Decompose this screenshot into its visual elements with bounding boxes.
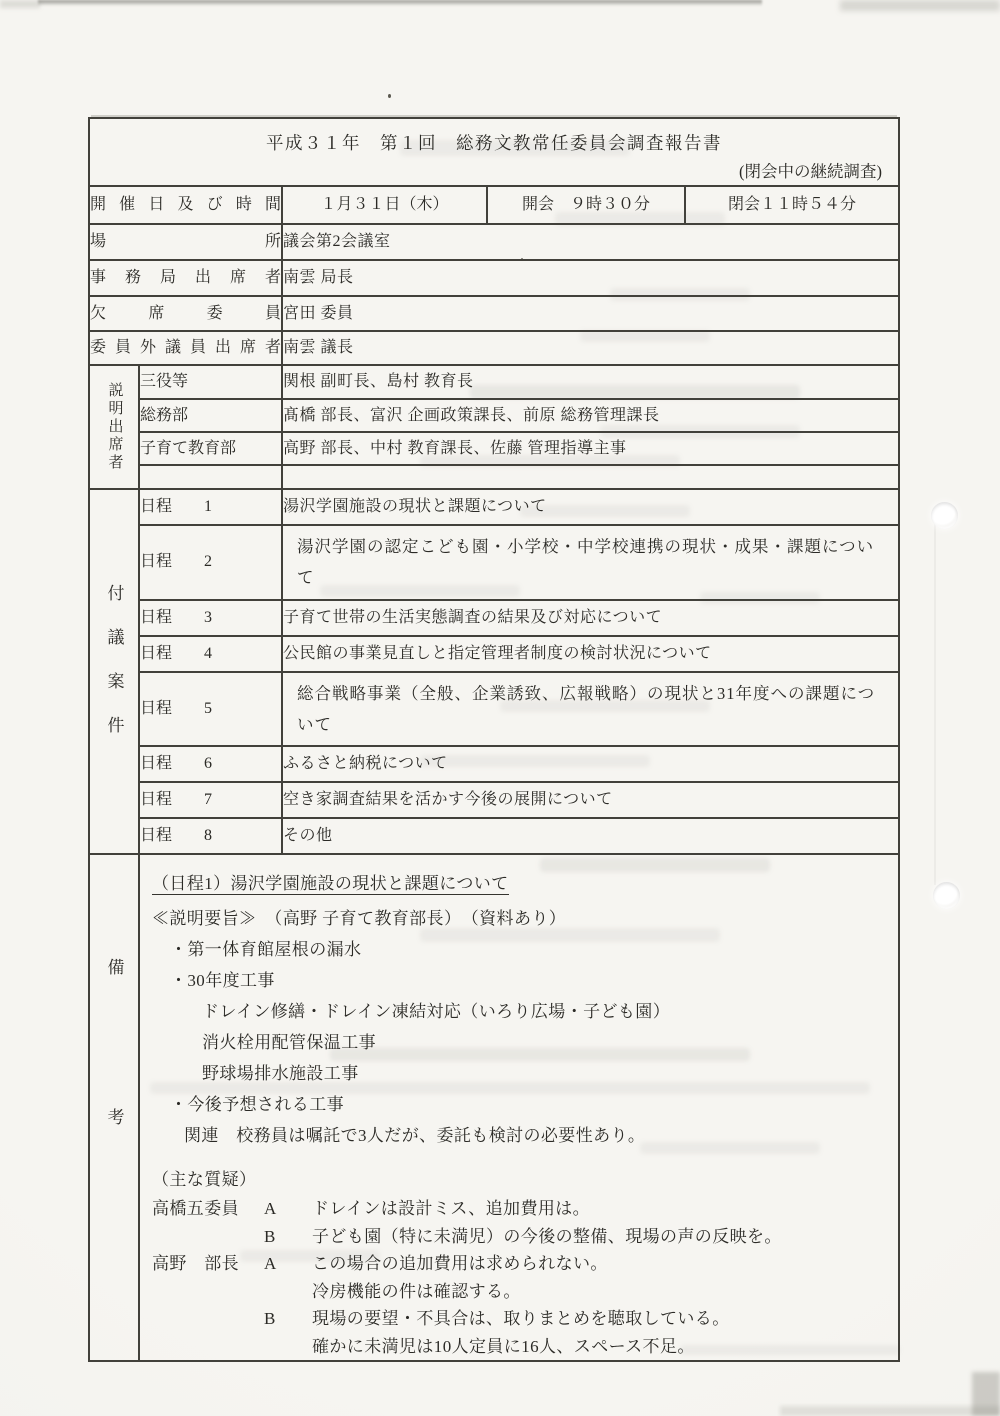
schedule-date: １月３１日（木） (282, 186, 487, 224)
agenda-item-text: 湯沢学園施設の現状と課題について (282, 489, 899, 525)
absent-label: 欠席委員 (89, 296, 282, 331)
agenda-item-label: 日程 6 (139, 746, 282, 782)
place-label: 場所 (89, 224, 282, 260)
agenda-item-text: 子育て世帯の生活実態調査の結果及び対応について (282, 600, 899, 636)
qa-text: 冷房機能の件は確認する。 (312, 1278, 888, 1306)
explainer-group-label: 総務部 (139, 399, 282, 432)
qa-letter: A (256, 1195, 312, 1223)
agenda-item-text: その他 (282, 818, 899, 854)
secretariat-label: 事務局出席者 (89, 260, 282, 296)
explainer-names (282, 465, 899, 489)
explainer-row (89, 465, 899, 489)
qa-text: 現場の要望・不具合は、取りまとめを聴取している。 (312, 1305, 888, 1333)
spacer (152, 1151, 888, 1164)
qa-speaker (152, 1305, 256, 1333)
explainer-row: 子育て教育部 高野 部長、中村 教育課長、佐藤 管理指導主事 (89, 432, 899, 465)
agenda-item-text: 空き家調査結果を活かす今後の展開について (282, 782, 899, 818)
notes-bullet: ドレイン修繕・ドレイン凍結対応（いろり広場・子ども園） (152, 996, 888, 1027)
notes-summary-label: ≪説明要旨≫ （高野 子育て教育部長） （資料あり） (152, 903, 888, 934)
non-member-label: 委員外議員出席者 (89, 331, 282, 365)
paper-crease (934, 515, 936, 885)
explainer-group-label: 三役等 (139, 365, 282, 399)
notes-bullet: 関連 校務員は嘱託で3人だが、委託も検討の必要性あり。 (152, 1120, 888, 1151)
punch-hole (931, 502, 958, 529)
agenda-item-text: 公民館の事業見直しと指定管理者制度の検討状況について (282, 636, 899, 672)
report-table: 平成３１年 第１回 総務文教常任委員会調査報告書 (閉会中の継続調査) 開催日及… (88, 117, 900, 1362)
qa-speaker (152, 1278, 256, 1306)
qa-letter (256, 1278, 312, 1306)
qa-text: この場合の追加費用は求められない。 (312, 1250, 888, 1278)
agenda-item-label: 日程 7 (139, 782, 282, 818)
qa-letter: B (256, 1223, 312, 1251)
agenda-item-label: 日程 3 (139, 600, 282, 636)
agenda-row: 日程 2 湯沢学園の認定こども園・小学校・中学校連携の現状・成果・課題について (89, 525, 899, 600)
agenda-row: 日程 3 子育て世帯の生活実態調査の結果及び対応について (89, 600, 899, 636)
qa-line: 冷房機能の件は確認する。 (152, 1278, 888, 1306)
qa-speaker (152, 1223, 256, 1251)
punch-hole (933, 882, 960, 909)
qa-line: 確かに未満児は10人定員に16人、スペース不足。 (152, 1333, 888, 1361)
qa-text: 子ども園（特に未満児）の今後の整備、現場の声の反映を。 (312, 1223, 888, 1251)
schedule-label: 開催日及び時間 (89, 186, 282, 224)
dust-speck (388, 94, 391, 98)
scanned-document-page: 平成３１年 第１回 総務文教常任委員会調査報告書 (閉会中の継続調査) 開催日及… (0, 0, 1000, 1416)
explainer-group-label: 子育て教育部 (139, 432, 282, 465)
scan-edge-shadow (0, 0, 40, 8)
scan-corner-shadow (972, 1372, 1000, 1416)
agenda-row: 日程 8 その他 (89, 818, 899, 854)
schedule-close-time: 閉会１１時５４分 (685, 186, 899, 224)
notes-content: （日程1）湯沢学園施設の現状と課題について ≪説明要旨≫ （高野 子育て教育部長… (140, 855, 898, 1360)
qa-letter: A (256, 1250, 312, 1278)
qa-text: 確かに未満児は10人定員に16人、スペース不足。 (312, 1333, 888, 1361)
explainer-names: 関根 副町長、島村 教育長 (282, 365, 899, 399)
non-member-value: 南雲 議長 (282, 331, 899, 365)
agenda-row: 日程 5 総合戦略事業（全般、企業誘致、広報戦略）の現状と31年度への課題につい… (89, 672, 899, 747)
schedule-open-time: 開会 ９時３０分 (487, 186, 685, 224)
place-row: 場所 議会第2会議室 (89, 224, 899, 260)
qa-line: 高野 部長Aこの場合の追加費用は求められない。 (152, 1250, 888, 1278)
report-subtitle: (閉会中の継続調査) (90, 162, 898, 183)
secretariat-value: 南雲 局長 (282, 260, 899, 296)
qa-speaker: 高橋五委員 (152, 1195, 256, 1223)
qa-letter (256, 1333, 312, 1361)
qa-line: B現場の要望・不具合は、取りまとめを聴取している。 (152, 1305, 888, 1333)
notes-bullet: ・30年度工事 (152, 965, 888, 996)
notes-row: 備考 （日程1）湯沢学園施設の現状と課題について ≪説明要旨≫ （高野 子育て教… (89, 854, 899, 1361)
notes-bullet: 消火栓用配管保温工事 (152, 1027, 888, 1058)
agenda-row: 付議案件 日程 1 湯沢学園施設の現状と課題について (89, 489, 899, 525)
scan-edge-shadow (840, 0, 1000, 11)
report-title: 平成３１年 第１回 総務文教常任委員会調査報告書 (90, 133, 898, 155)
scan-edge-shadow (38, 0, 762, 6)
secretariat-row: 事務局出席者 南雲 局長 (89, 260, 899, 296)
qa-section-title: （主な質疑） (152, 1164, 888, 1195)
notes-bullet: ・今後予想される工事 (152, 1089, 888, 1120)
notes-header: 備考 (89, 854, 139, 1361)
agenda-item-label: 日程 1 (139, 489, 282, 525)
agenda-row: 日程 7 空き家調査結果を活かす今後の展開について (89, 782, 899, 818)
explainer-row: 説明出席者 三役等 関根 副町長、島村 教育長 (89, 365, 899, 399)
notes-topic-heading: （日程1）湯沢学園施設の現状と課題について (152, 869, 888, 899)
agenda-item-label: 日程 2 (139, 525, 282, 600)
agenda-item-label: 日程 4 (139, 636, 282, 672)
non-member-row: 委員外議員出席者 南雲 議長 (89, 331, 899, 365)
agenda-header: 付議案件 (89, 489, 139, 854)
qa-speaker (152, 1333, 256, 1361)
explainer-names: 高野 部長、中村 教育課長、佐藤 管理指導主事 (282, 432, 899, 465)
explainer-group-label (139, 465, 282, 489)
absent-row: 欠席委員 宮田 委員 (89, 296, 899, 331)
qa-letter: B (256, 1305, 312, 1333)
notes-bullet: 野球場排水施設工事 (152, 1058, 888, 1089)
explainers-header: 説明出席者 (89, 365, 139, 489)
agenda-item-text: 総合戦略事業（全般、企業誘致、広報戦略）の現状と31年度への課題について (283, 673, 898, 746)
qa-line: B子ども園（特に未満児）の今後の整備、現場の声の反映を。 (152, 1223, 888, 1251)
agenda-item-label: 日程 8 (139, 818, 282, 854)
agenda-row: 日程 4 公民館の事業見直しと指定管理者制度の検討状況について (89, 636, 899, 672)
explainer-names: 髙橋 部長、富沢 企画政策課長、前原 総務管理課長 (282, 399, 899, 432)
absent-value: 宮田 委員 (282, 296, 899, 331)
explainer-row: 総務部 髙橋 部長、富沢 企画政策課長、前原 総務管理課長 (89, 399, 899, 432)
scan-edge-shadow (780, 1406, 1000, 1416)
notes-bullet: ・第一体育館屋根の漏水 (152, 934, 888, 965)
agenda-item-label: 日程 5 (139, 672, 282, 747)
agenda-row: 日程 6 ふるさと納税について (89, 746, 899, 782)
title-row: 平成３１年 第１回 総務文教常任委員会調査報告書 (閉会中の継続調査) (89, 118, 899, 186)
qa-line: 高橋五委員Aドレインは設計ミス、追加費用は。 (152, 1195, 888, 1223)
agenda-item-text: ふるさと納税について (282, 746, 899, 782)
qa-speaker: 高野 部長 (152, 1250, 256, 1278)
qa-text: ドレインは設計ミス、追加費用は。 (312, 1195, 888, 1223)
agenda-item-text: 湯沢学園の認定こども園・小学校・中学校連携の現状・成果・課題について (283, 526, 898, 599)
schedule-row: 開催日及び時間 １月３１日（木） 開会 ９時３０分 閉会１１時５４分 (89, 186, 899, 224)
place-value: 議会第2会議室 (282, 224, 899, 260)
